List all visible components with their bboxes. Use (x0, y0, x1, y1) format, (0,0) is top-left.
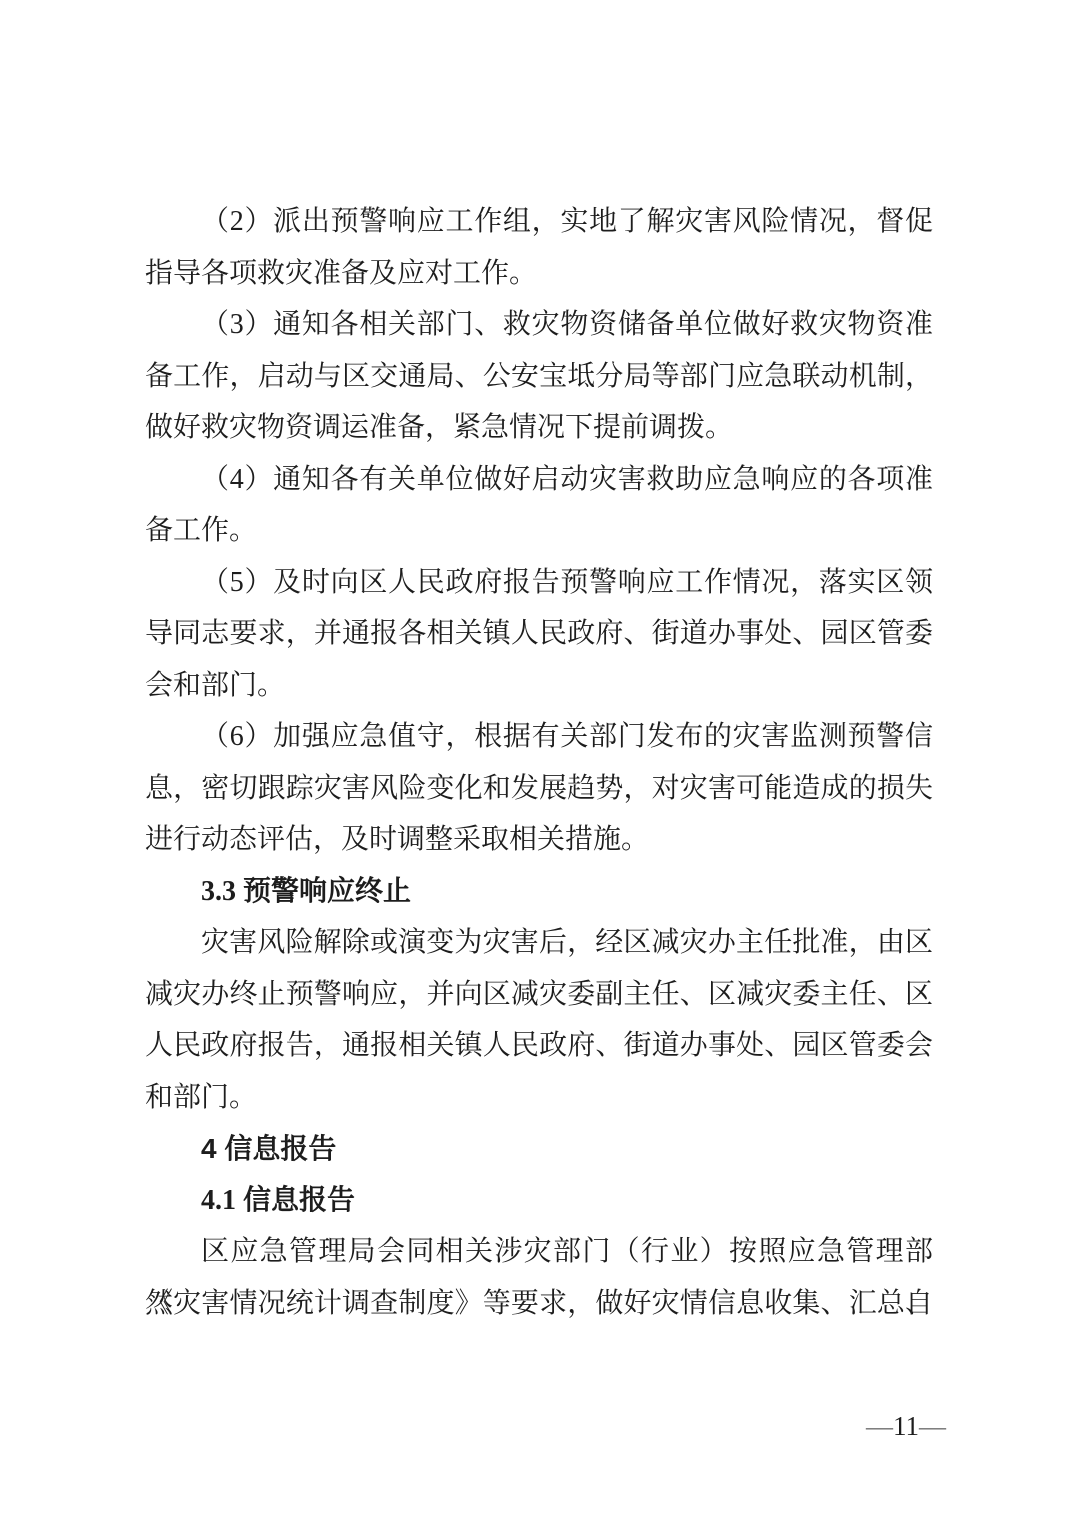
page-number-dash: — (919, 1411, 946, 1441)
document-page: （2）派出预警响应工作组，实地了解灾害风险情况，督促 指导各项救灾准备及应对工作… (0, 0, 1074, 1520)
text-line: 减灾办终止预警响应，并向区减灾委副主任、区减灾委主任、区 (145, 969, 933, 1021)
page-number-value: 11 (893, 1411, 919, 1441)
paragraph: （5）及时向区人民政府报告预警响应工作情况，落实区领 导同志要求，并通报各相关镇… (145, 557, 933, 712)
text-line: （6）加强应急值守，根据有关部门发布的灾害监测预警信 (145, 711, 933, 763)
text-line: （2）派出预警响应工作组，实地了解灾害风险情况，督促 (145, 196, 933, 248)
paragraph: （3）通知各相关部门、救灾物资储备单位做好救灾物资准 备工作，启动与区交通局、公… (145, 299, 933, 454)
text-line: 指导各项救灾准备及应对工作。 (145, 248, 933, 300)
text-line: 然灾害情况统计调查制度》等要求，做好灾情信息收集、汇总、 (145, 1278, 933, 1330)
page-number: —11— (866, 1404, 946, 1448)
text-line: 导同志要求，并通报各相关镇人民政府、街道办事处、园区管委 (145, 608, 933, 660)
text-line: 区应急管理局会同相关涉灾部门（行业）按照应急管理部《自 (145, 1226, 933, 1278)
text-line: 进行动态评估，及时调整采取相关措施。 (145, 814, 933, 866)
text-line: 人民政府报告，通报相关镇人民政府、街道办事处、园区管委会 (145, 1020, 933, 1072)
text-line: 做好救灾物资调运准备，紧急情况下提前调拨。 (145, 402, 933, 454)
text-line: （5）及时向区人民政府报告预警响应工作情况，落实区领 (145, 557, 933, 609)
section-heading-3-3: 3.3 预警响应终止 (145, 866, 933, 918)
paragraph: 区应急管理局会同相关涉灾部门（行业）按照应急管理部《自 然灾害情况统计调查制度》… (145, 1226, 933, 1329)
text-line: 备工作。 (145, 505, 933, 557)
page-number-dash: — (866, 1411, 893, 1441)
text-line: （4）通知各有关单位做好启动灾害救助应急响应的各项准 (145, 454, 933, 506)
paragraph: （4）通知各有关单位做好启动灾害救助应急响应的各项准 备工作。 (145, 454, 933, 557)
text-line: 和部门。 (145, 1072, 933, 1124)
text-line: 息，密切跟踪灾害风险变化和发展趋势，对灾害可能造成的损失 (145, 763, 933, 815)
section-heading-4-1: 4.1 信息报告 (145, 1175, 933, 1227)
text-line: 灾害风险解除或演变为灾害后，经区减灾办主任批准，由区 (145, 917, 933, 969)
text-line: 备工作，启动与区交通局、公安宝坻分局等部门应急联动机制， (145, 351, 933, 403)
page-content: （2）派出预警响应工作组，实地了解灾害风险情况，督促 指导各项救灾准备及应对工作… (145, 196, 933, 1329)
text-line: （3）通知各相关部门、救灾物资储备单位做好救灾物资准 (145, 299, 933, 351)
paragraph: （2）派出预警响应工作组，实地了解灾害风险情况，督促 指导各项救灾准备及应对工作… (145, 196, 933, 299)
paragraph: 灾害风险解除或演变为灾害后，经区减灾办主任批准，由区 减灾办终止预警响应，并向区… (145, 917, 933, 1123)
text-line: 会和部门。 (145, 660, 933, 712)
section-heading-4: 4 信息报告 (145, 1123, 933, 1175)
paragraph: （6）加强应急值守，根据有关部门发布的灾害监测预警信 息，密切跟踪灾害风险变化和… (145, 711, 933, 866)
